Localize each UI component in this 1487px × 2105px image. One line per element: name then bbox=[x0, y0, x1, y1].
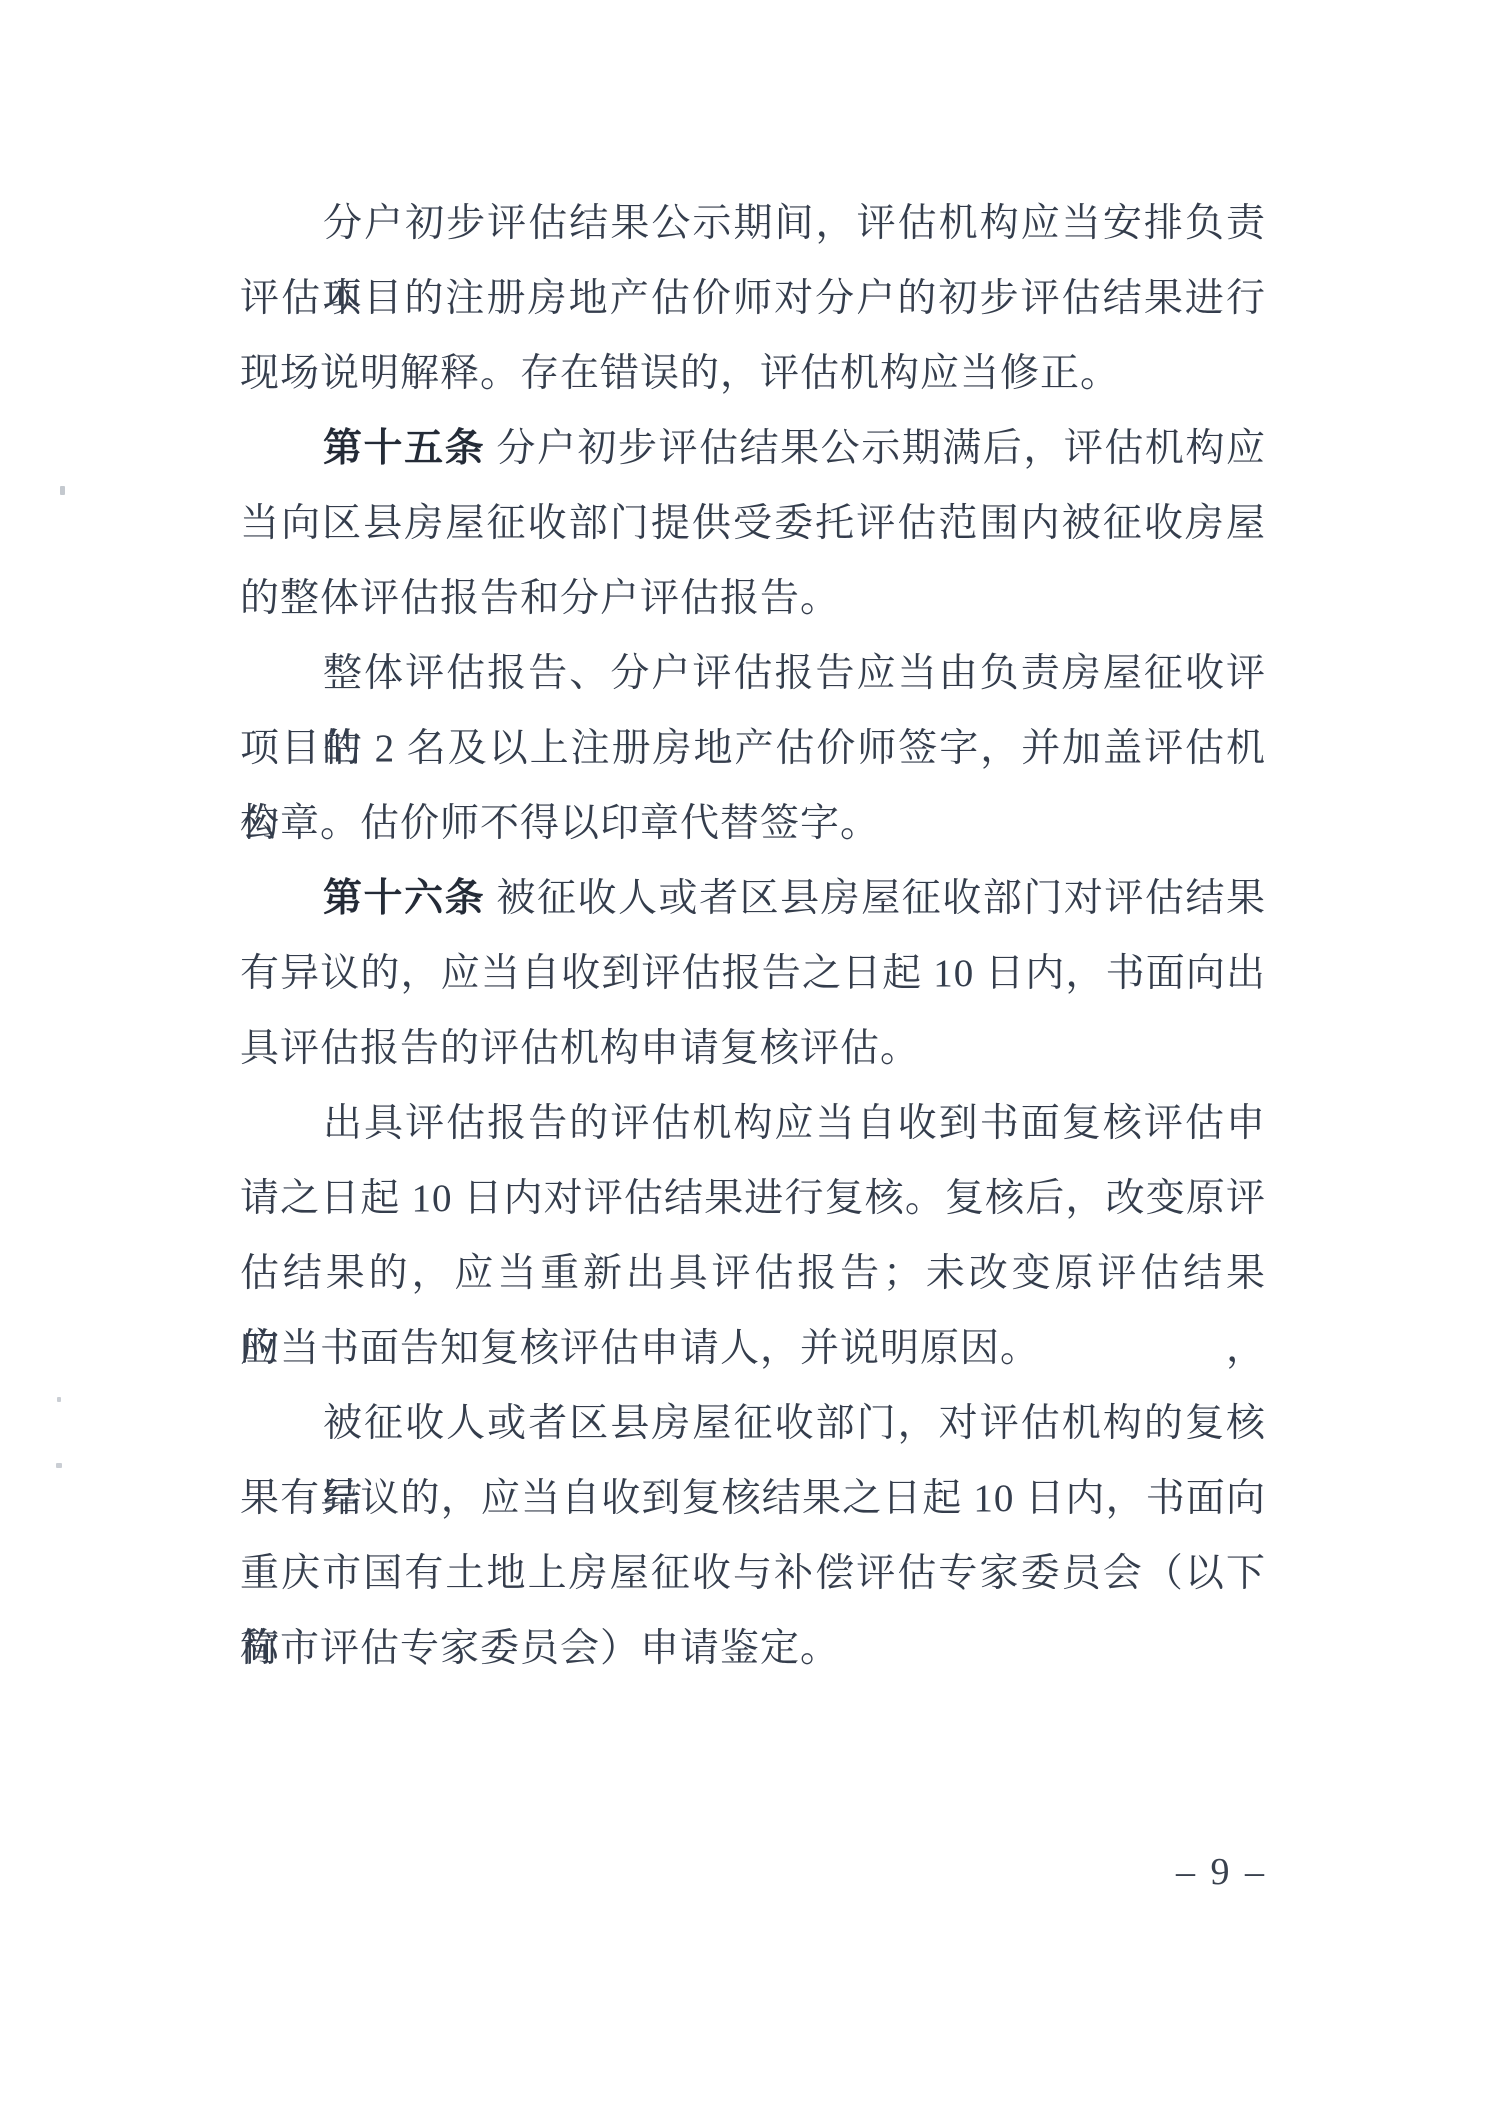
page: 分户初步评估结果公示期间，评估机构应当安排负责本评估项目的注册房地产估价师对分户… bbox=[0, 0, 1487, 2105]
text-line: 公章。估价师不得以印章代替签字。 bbox=[240, 786, 1266, 861]
article-heading: 第十六条 bbox=[323, 877, 485, 920]
text-run: 当向区县房屋征收部门提供受委托评估范围内被征收房屋 bbox=[240, 502, 1266, 545]
text-line: 出具评估报告的评估机构应当自收到书面复核评估申 bbox=[240, 1086, 1266, 1161]
text-run: 被征收人或者区县房屋征收部门对评估结果 bbox=[485, 877, 1266, 920]
scan-speck bbox=[56, 1463, 62, 1468]
page-number: – 9 – bbox=[1176, 1850, 1267, 1894]
text-run: 应当书面告知复核评估申请人，并说明原因。 bbox=[240, 1327, 1040, 1370]
scan-speck bbox=[60, 486, 65, 495]
text-run: 请之日起 10 日内对评估结果进行复核。复核后，改变原评 bbox=[240, 1177, 1266, 1220]
document-body: 分户初步评估结果公示期间，评估机构应当安排负责本评估项目的注册房地产估价师对分户… bbox=[240, 186, 1266, 1686]
text-line: 第十六条 被征收人或者区县房屋征收部门对评估结果 bbox=[240, 861, 1266, 936]
text-run: 分户初步评估结果公示期满后，评估机构应 bbox=[485, 427, 1266, 470]
text-run: 公章。估价师不得以印章代替签字。 bbox=[240, 802, 880, 845]
text-run: 称市评估专家委员会）申请鉴定。 bbox=[240, 1627, 840, 1670]
text-line: 称市评估专家委员会）申请鉴定。 bbox=[240, 1611, 1266, 1686]
text-run: 评估项目的注册房地产估价师对分户的初步评估结果进行 bbox=[240, 277, 1266, 320]
text-line: 被征收人或者区县房屋征收部门，对评估机构的复核结 bbox=[240, 1386, 1266, 1461]
text-line: 分户初步评估结果公示期间，评估机构应当安排负责本 bbox=[240, 186, 1266, 261]
scan-speck bbox=[57, 1397, 61, 1402]
text-line: 重庆市国有土地上房屋征收与补偿评估专家委员会（以下简 bbox=[240, 1536, 1266, 1611]
text-line: 具评估报告的评估机构申请复核评估。 bbox=[240, 1011, 1266, 1086]
text-run: 现场说明解释。存在错误的，评估机构应当修正。 bbox=[240, 352, 1120, 395]
text-line: 当向区县房屋征收部门提供受委托评估范围内被征收房屋 bbox=[240, 486, 1266, 561]
text-line: 请之日起 10 日内对评估结果进行复核。复核后，改变原评 bbox=[240, 1161, 1266, 1236]
article-heading: 第十五条 bbox=[323, 427, 485, 470]
text-line: 评估项目的注册房地产估价师对分户的初步评估结果进行 bbox=[240, 261, 1266, 336]
text-run: 出具评估报告的评估机构应当自收到书面复核评估申 bbox=[323, 1102, 1266, 1145]
text-line: 估结果的，应当重新出具评估报告；未改变原评估结果的， bbox=[240, 1236, 1266, 1311]
text-line: 项目的 2 名及以上注册房地产估价师签字，并加盖评估机构 bbox=[240, 711, 1266, 786]
text-line: 的整体评估报告和分户评估报告。 bbox=[240, 561, 1266, 636]
text-line: 整体评估报告、分户评估报告应当由负责房屋征收评估 bbox=[240, 636, 1266, 711]
text-run: 的整体评估报告和分户评估报告。 bbox=[240, 577, 840, 620]
text-line: 第十五条 分户初步评估结果公示期满后，评估机构应 bbox=[240, 411, 1266, 486]
text-run: 有异议的，应当自收到评估报告之日起 10 日内，书面向出 bbox=[240, 952, 1266, 995]
text-line: 果有异议的，应当自收到复核结果之日起 10 日内，书面向 bbox=[240, 1461, 1266, 1536]
text-line: 有异议的，应当自收到评估报告之日起 10 日内，书面向出 bbox=[240, 936, 1266, 1011]
text-run: 果有异议的，应当自收到复核结果之日起 10 日内，书面向 bbox=[240, 1477, 1266, 1520]
text-run: 具评估报告的评估机构申请复核评估。 bbox=[240, 1027, 920, 1070]
text-line: 现场说明解释。存在错误的，评估机构应当修正。 bbox=[240, 336, 1266, 411]
